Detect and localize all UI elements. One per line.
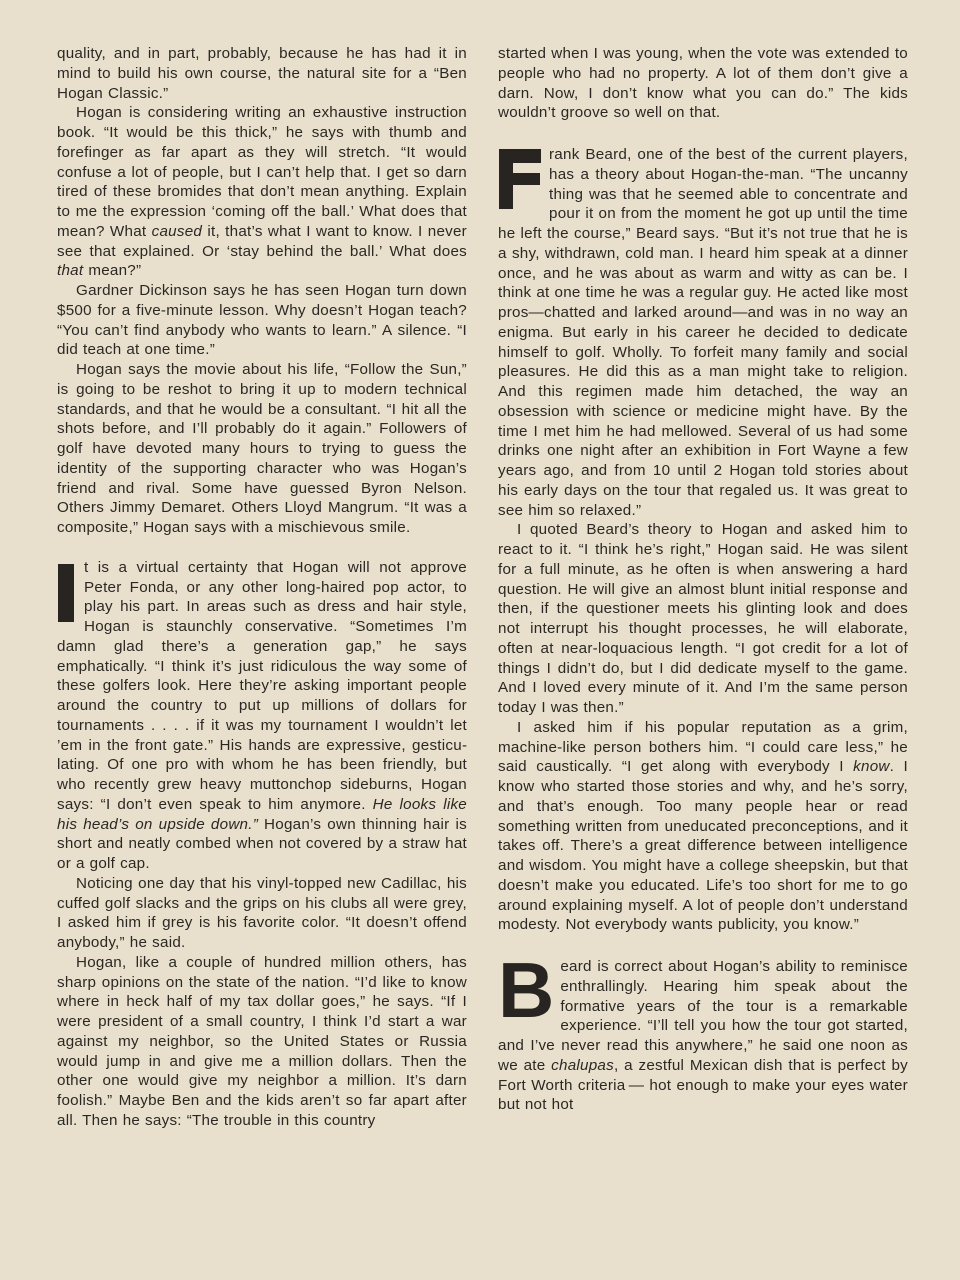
text-column-left: quality, and in part, probably, because …: [57, 44, 467, 1131]
text-run: Hogan is considering writing an exhausti…: [57, 104, 467, 240]
paragraph: I asked him if his popular reputation as…: [498, 718, 908, 935]
paragraph: Hogan is considering writing an exhausti…: [57, 103, 467, 281]
text-run: rank Beard, one of the best of the curre…: [498, 146, 908, 519]
paragraph: started when I was young, when the vote …: [498, 44, 908, 123]
paragraph: I quoted Beard’s theory to Hogan and ask…: [498, 520, 908, 718]
paragraph: Noticing one day that his vinyl-topped n…: [57, 874, 467, 953]
paragraph: Hogan, like a couple of hundred million …: [57, 953, 467, 1131]
italic-text-run: caused: [152, 223, 202, 240]
section-paragraph: rank Beard, one of the best of the curre…: [498, 145, 908, 520]
text-run: I asked him if his popular reputation as…: [498, 719, 908, 776]
drop-cap-letter: [499, 149, 541, 209]
magazine-page: quality, and in part, probably, because …: [0, 0, 960, 1280]
section-paragraph: It is a virtual certainty that Hogan wil…: [57, 558, 467, 874]
text-run: t is a virtual certainty that Hogan will…: [57, 559, 467, 813]
text-run: . I know who started those stories and w…: [498, 758, 908, 933]
paragraph: Gardner Dickinson says he has seen Hogan…: [57, 281, 467, 360]
section-paragraph: Beard is correct about Hogan’s ability t…: [498, 957, 908, 1115]
paragraph: quality, and in part, probably, because …: [57, 44, 467, 103]
text-run: mean?”: [83, 262, 141, 279]
italic-text-run: chalupas: [551, 1057, 614, 1074]
drop-cap-letter: I: [58, 564, 74, 622]
text-column-right: started when I was young, when the vote …: [498, 44, 908, 1115]
italic-text-run: know: [853, 758, 889, 775]
paragraph: Hogan says the movie about his life, “Fo…: [57, 360, 467, 538]
italic-text-run: that: [57, 262, 83, 279]
drop-cap-letter: B: [498, 959, 552, 1021]
